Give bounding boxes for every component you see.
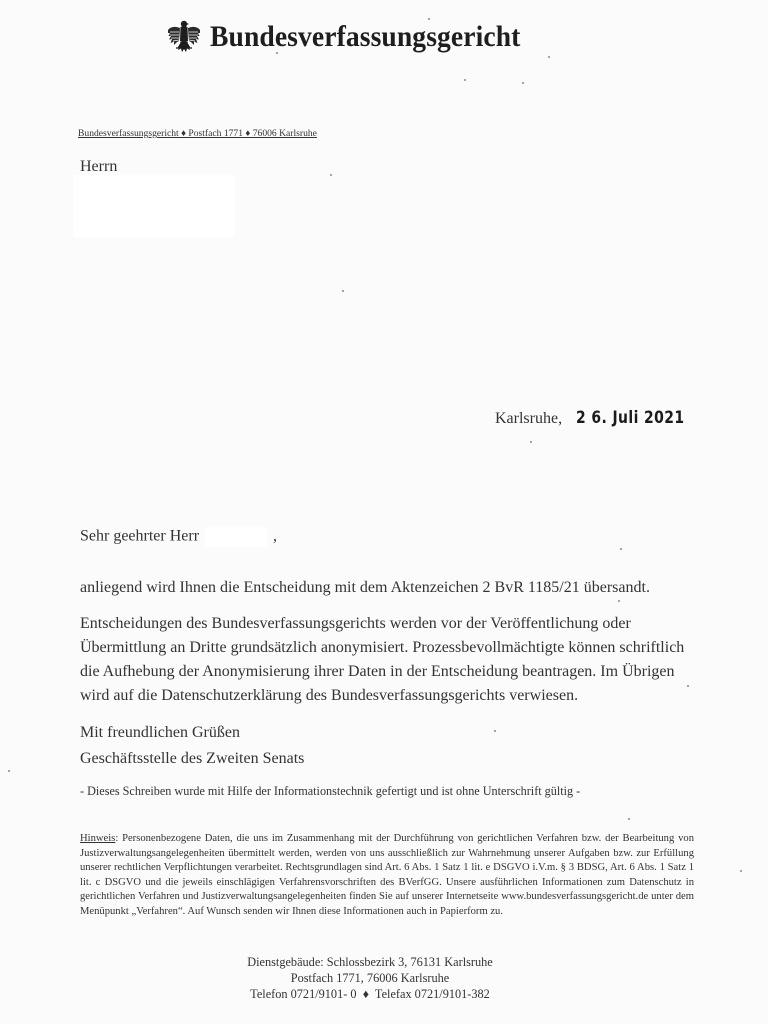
scan-speck: [522, 82, 524, 84]
scan-speck: [740, 870, 742, 872]
scan-speck: [618, 600, 620, 602]
date-line: Karlsruhe, 2 6. Juli 2021: [495, 408, 708, 428]
footer-separator: ♦: [363, 987, 369, 1001]
federal-eagle-icon: [166, 17, 202, 57]
body-paragraph-1: anliegend wird Ihnen die Entscheidung mi…: [80, 576, 700, 600]
privacy-note-text: : Personenbezogene Daten, die uns im Zus…: [80, 833, 694, 917]
redacted-recipient-name: [205, 527, 267, 547]
privacy-note-label: Hinweis: [80, 833, 115, 844]
footer-phone: Telefon 0721/9101- 0: [250, 987, 356, 1001]
date-place: Karlsruhe,: [495, 410, 562, 428]
scan-speck: [8, 770, 10, 772]
closing-regards: Mit freundlichen Grüßen: [80, 720, 304, 746]
scan-speck: [494, 730, 496, 732]
footer-building-address: Dienstgebäude: Schlossbezirk 3, 76131 Ka…: [0, 954, 740, 970]
greeting-text: Sehr geehrter Herr: [80, 528, 199, 545]
scan-speck: [548, 56, 550, 58]
privacy-note: Hinweis: Personenbezogene Daten, die uns…: [80, 832, 694, 919]
scan-speck: [464, 79, 466, 81]
closing-sender: Geschäftsstelle des Zweiten Senats: [80, 746, 304, 772]
scan-speck: [342, 290, 344, 292]
body-paragraph-2-line: wird auf die Datenschutzerklärung des Bu…: [80, 684, 700, 708]
letterhead: Bundesverfassungsgericht: [166, 17, 547, 57]
closing: Mit freundlichen Grüßen Geschäftsstelle …: [80, 720, 304, 772]
body-paragraph-2-line: Übermittlung an Dritte grundsätzlich ano…: [80, 636, 700, 660]
redacted-recipient-address: [73, 175, 235, 237]
greeting: Sehr geehrter Herr ,: [80, 527, 277, 547]
body-paragraph-2: Entscheidungen des Bundesverfassungsgeri…: [80, 612, 700, 708]
scan-speck: [620, 548, 622, 550]
footer-fax: Telefax 0721/9101-382: [375, 987, 490, 1001]
scan-speck: [330, 174, 332, 176]
footer: Dienstgebäude: Schlossbezirk 3, 76131 Ka…: [0, 954, 740, 1002]
body-paragraph-2-line: Entscheidungen des Bundesverfassungsgeri…: [80, 612, 700, 636]
scan-speck: [276, 52, 278, 54]
return-address: Bundesverfassungsgericht ♦ Postfach 1771…: [78, 128, 317, 139]
it-generated-note: - Dieses Schreiben wurde mit Hilfe der I…: [80, 784, 580, 799]
body-paragraph-2-line: die Aufhebung der Anonymisierung ihrer D…: [80, 660, 700, 684]
court-name: Bundesverfassungsgericht: [210, 20, 520, 54]
scan-speck: [628, 818, 630, 820]
recipient-salutation: Herrn: [80, 158, 117, 176]
footer-contact: Telefon 0721/9101- 0 ♦ Telefax 0721/9101…: [0, 986, 740, 1002]
greeting-comma: ,: [273, 528, 277, 545]
scan-speck: [687, 685, 689, 687]
scan-speck: [428, 18, 430, 20]
footer-postbox: Postfach 1771, 76006 Karlsruhe: [0, 970, 740, 986]
date-stamp: 2 6. Juli 2021: [576, 408, 684, 428]
letter-page: Bundesverfassungsgericht Bundesverfassun…: [0, 0, 768, 1024]
scan-speck: [530, 441, 532, 443]
